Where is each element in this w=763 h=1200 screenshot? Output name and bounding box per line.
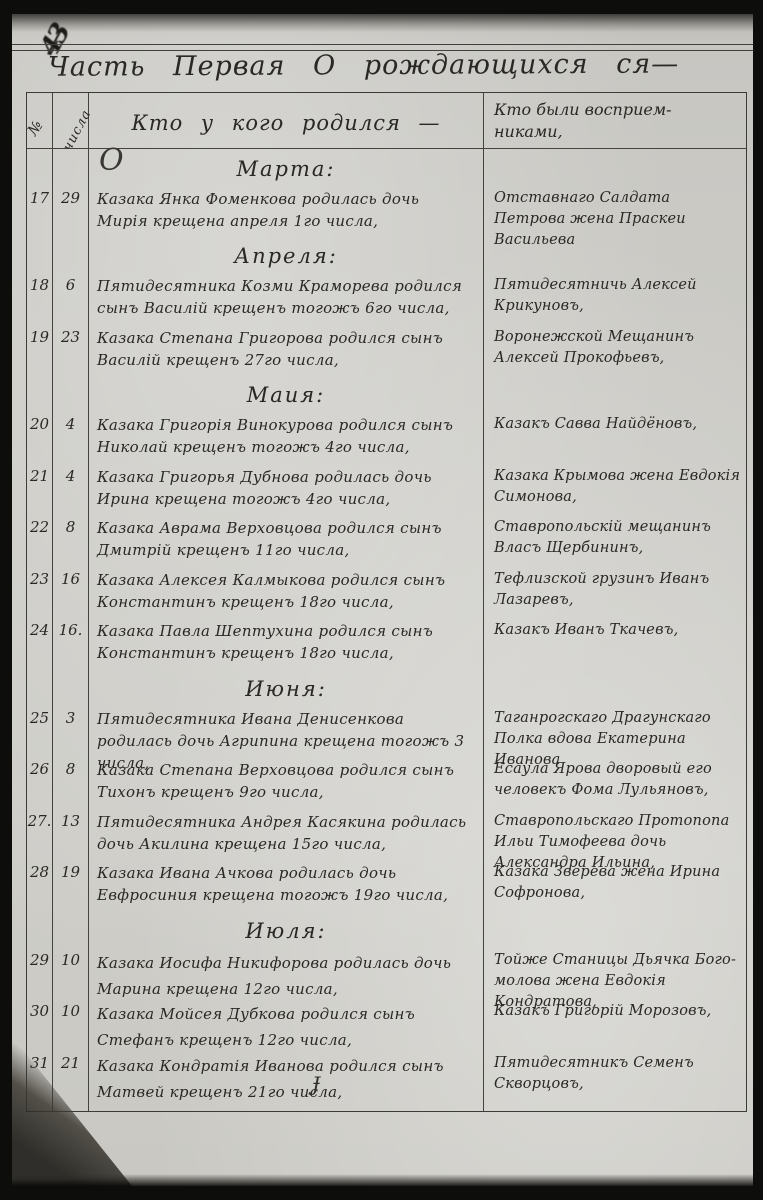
- record-no: 18: [27, 272, 53, 323]
- record-born-cell: Казака Кондратія Иванова родился сынъ Ма…: [89, 1050, 484, 1101]
- month-row-god-cell: [484, 149, 746, 185]
- record-date: 21: [53, 1050, 89, 1101]
- month-row-no-cell: [27, 149, 53, 185]
- column-header-born: Кто у кого родился —: [89, 93, 484, 149]
- month-header: Марта:O: [89, 149, 484, 185]
- record-date: 29: [53, 185, 89, 236]
- record-born-cell: Казака Степана Верховцова родился сынъ Т…: [89, 756, 484, 807]
- record-godparents-cell: Ставропольскаго Протопопа Ильи Тимофеева…: [484, 808, 746, 859]
- record-born-text: Пятидесятника Козми Краморева родился сы…: [89, 272, 483, 331]
- filler-god-cell: [484, 1101, 746, 1111]
- column-header-no: №: [27, 93, 53, 149]
- record-godparents-cell: Казака Крымова жена Евдокія Симонова,: [484, 463, 746, 514]
- column-header-godparents: Кто были восприем- никами,: [484, 93, 746, 149]
- record-born-text: Казака Павла Шептухина родился сынъ Конс…: [89, 617, 483, 676]
- record-godparents-text: Есаула Ярова дворовый его человекъ Фома …: [484, 756, 746, 811]
- month-row-date-cell: [53, 669, 89, 705]
- month-row-no-cell: [27, 375, 53, 411]
- record-born-text: Казака Ивана Ачкова родилась дочь Евфрос…: [89, 859, 483, 918]
- flourish-mark: O: [99, 143, 126, 178]
- record-godparents-cell: Ставропольскій мещанинъ Власъ Щербининъ,: [484, 514, 746, 565]
- record-date: 4: [53, 411, 89, 462]
- month-row-god-cell: [484, 911, 746, 947]
- record-born-text: Казака Кондратія Иванова родился сынъ Ма…: [89, 1050, 483, 1131]
- record-godparents-text: Казака Зверева жена Ирина Софронова,: [484, 859, 746, 914]
- record-born-text: Казака Степана Григорова родился сынъ Ва…: [89, 324, 483, 383]
- scanned-page: 43 Часть Первая О рождающихся ся— № числ…: [12, 14, 753, 1186]
- record-godparents-text: Воронежской Мещанинъ Алексей Прокофьевъ,: [484, 324, 746, 379]
- month-header: Июня:: [89, 669, 484, 705]
- record-date: 8: [53, 756, 89, 807]
- record-godparents-cell: Казакъ Савва Найдёновъ,: [484, 411, 746, 462]
- record-no: 25: [27, 705, 53, 756]
- record-godparents-cell: Пятидесятничь Алексей Крикуновъ,: [484, 272, 746, 323]
- record-date: 3: [53, 705, 89, 756]
- record-godparents-text: Казакъ Григорій Морозовъ,: [484, 998, 746, 1048]
- record-no: 17: [27, 185, 53, 236]
- month-row-date-cell: [53, 375, 89, 411]
- month-row-date-cell: [53, 149, 89, 185]
- record-no: 28: [27, 859, 53, 910]
- record-born-cell: Пятидесятника Андрея Касякина родилась д…: [89, 808, 484, 859]
- record-born-cell: Пятидесятника Козми Краморева родился сы…: [89, 272, 484, 323]
- record-born-cell: Казака Ивана Ачкова родилась дочь Евфрос…: [89, 859, 484, 910]
- record-godparents-cell: Таганрогскаго Драгунскаго Полка вдова Ек…: [484, 705, 746, 756]
- record-date: 19: [53, 859, 89, 910]
- record-godparents-text: Тефлизской грузинъ Иванъ Лазаревъ,: [484, 566, 746, 621]
- month-row-no-cell: [27, 236, 53, 272]
- record-godparents-text: Пятидесятничь Алексей Крикуновъ,: [484, 272, 746, 327]
- record-date: 10: [53, 947, 89, 998]
- record-born-cell: Казака Мойсея Дубкова родился сынъ Стефа…: [89, 998, 484, 1049]
- record-no: 20: [27, 411, 53, 462]
- month-header: Маия:: [89, 375, 484, 411]
- record-date: 16.: [53, 617, 89, 668]
- record-godparents-cell: Тойже Станицы Дьячка Бого­молова жена Ев…: [484, 947, 746, 998]
- month-row-god-cell: [484, 375, 746, 411]
- column-header-date: числа: [53, 93, 89, 149]
- record-date: 6: [53, 272, 89, 323]
- record-godparents-cell: Казака Зверева жена Ирина Софронова,: [484, 859, 746, 910]
- page-title: Часть Первая О рождающихся ся—: [48, 48, 728, 83]
- record-born-text: Казака Янка Фоменкова родилась дочь Мирі…: [89, 185, 483, 244]
- record-born-cell: Казака Иосифа Никифорова родилась дочь М…: [89, 947, 484, 998]
- month-header: Июля:: [89, 911, 484, 947]
- record-born-cell: Пятидесятника Ивана Денисенкова родилась…: [89, 705, 484, 756]
- record-godparents-cell: Казакъ Иванъ Ткачевъ,: [484, 617, 746, 668]
- filler-born-cell: [89, 1101, 484, 1111]
- record-no: 19: [27, 324, 53, 375]
- record-date: 10: [53, 998, 89, 1049]
- record-godparents-cell: Отставнаго Салдата Петрова жена Праскеи …: [484, 185, 746, 236]
- month-row-no-cell: [27, 669, 53, 705]
- record-born-cell: Казака Григорія Винокурова родился сынъ …: [89, 411, 484, 462]
- record-no: 24: [27, 617, 53, 668]
- record-godparents-cell: Пятидесятникъ Семенъ Скворцовъ,: [484, 1050, 746, 1101]
- month-row-god-cell: [484, 669, 746, 705]
- record-godparents-cell: Казакъ Григорій Морозовъ,: [484, 998, 746, 1049]
- record-no: 23: [27, 566, 53, 617]
- month-header: Апреля:: [89, 236, 484, 272]
- register-table: № числа Кто у кого родился — Кто были во…: [26, 92, 747, 1112]
- record-born-cell: Казака Павла Шептухина родился сынъ Конс…: [89, 617, 484, 668]
- record-godparents-text: Ставропольскій мещанинъ Власъ Щербининъ,: [484, 514, 746, 569]
- month-row-no-cell: [27, 911, 53, 947]
- record-date: 8: [53, 514, 89, 565]
- record-godparents-cell: Есаула Ярова дворовый его человекъ Фома …: [484, 756, 746, 807]
- record-godparents-cell: Тефлизской грузинъ Иванъ Лазаревъ,: [484, 566, 746, 617]
- record-born-cell: Казака Григорья Дубнова родилась дочь Ир…: [89, 463, 484, 514]
- record-born-text: Казака Степана Верховцова родился сынъ Т…: [89, 756, 483, 815]
- record-no: 30: [27, 998, 53, 1049]
- record-date: 16: [53, 566, 89, 617]
- record-born-text: Казака Григорія Винокурова родился сынъ …: [89, 411, 483, 470]
- record-born-text: Казака Григорья Дубнова родилась дочь Ир…: [89, 463, 483, 522]
- stray-ink-mark: Ɉ: [312, 1072, 320, 1096]
- record-godparents-cell: Воронежской Мещанинъ Алексей Прокофьевъ,: [484, 324, 746, 375]
- record-no: 26: [27, 756, 53, 807]
- month-row-god-cell: [484, 236, 746, 272]
- record-no: 22: [27, 514, 53, 565]
- month-row-date-cell: [53, 911, 89, 947]
- record-godparents-text: Казакъ Иванъ Ткачевъ,: [484, 617, 746, 651]
- record-born-cell: Казака Степана Григорова родился сынъ Ва…: [89, 324, 484, 375]
- record-born-cell: Казака Янка Фоменкова родилась дочь Мирі…: [89, 185, 484, 236]
- record-no: 29: [27, 947, 53, 998]
- record-born-cell: Казака Алексея Калмыкова родился сынъ Ко…: [89, 566, 484, 617]
- record-no: 27.: [27, 808, 53, 859]
- month-row-date-cell: [53, 236, 89, 272]
- record-date: 13: [53, 808, 89, 859]
- record-no: 21: [27, 463, 53, 514]
- record-date: 4: [53, 463, 89, 514]
- record-born-text: Казака Аврама Верховцова родился сынъ Дм…: [89, 514, 483, 573]
- record-born-text: Пятидесятника Андрея Касякина родилась д…: [89, 808, 483, 867]
- record-born-cell: Казака Аврама Верховцова родился сынъ Дм…: [89, 514, 484, 565]
- record-godparents-text: Казака Крымова жена Евдокія Симонова,: [484, 463, 746, 518]
- top-rule-line-1: [12, 44, 753, 45]
- record-date: 23: [53, 324, 89, 375]
- record-godparents-text: Казакъ Савва Найдёновъ,: [484, 411, 746, 445]
- record-born-text: Казака Алексея Калмыкова родился сынъ Ко…: [89, 566, 483, 625]
